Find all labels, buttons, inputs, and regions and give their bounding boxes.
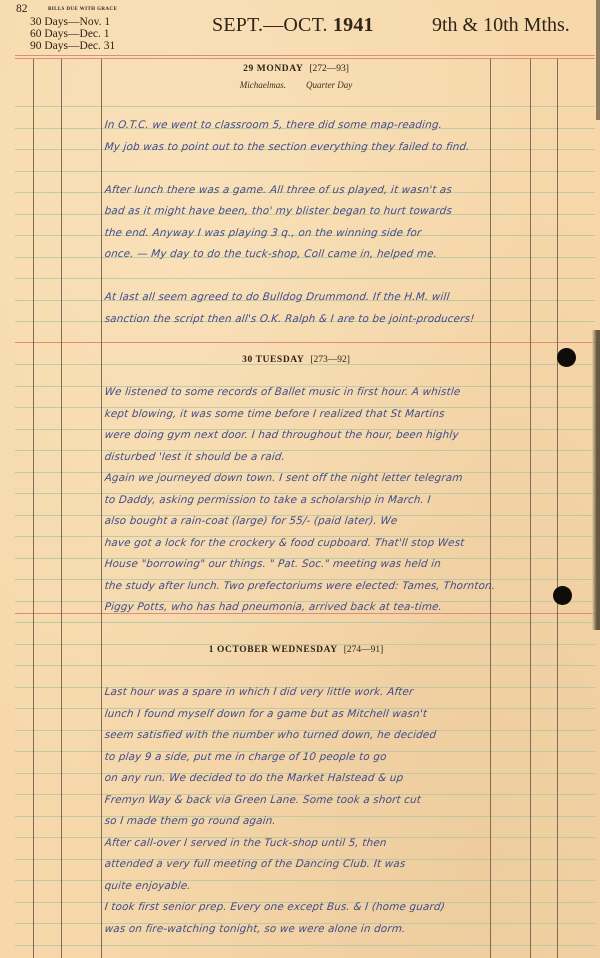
handwritten-line: kept blowing, it was some time before I … [104, 408, 497, 420]
diary-page: 82BILLS DUE WITH GRACE 30 Days—Nov. 1 60… [0, 0, 600, 958]
day-heading: 30 TUESDAY[273—92] [102, 355, 490, 365]
bills-due-90: 90 Days—Dec. 31 [16, 40, 117, 52]
handwritten-line: seem satisfied with the number who turne… [104, 729, 497, 741]
months-label: 9th & 10th Mths. [432, 14, 570, 37]
handwritten-line: Fremyn Way & back via Green Lane. Some t… [104, 794, 497, 806]
day-subtitle: Michaelmas.Quarter Day [102, 80, 490, 90]
handwritten-line: also bought a rain-coat (large) for 55/-… [104, 515, 497, 527]
ruled-line [15, 106, 595, 107]
day-heading-text: 1 OCTOBER WEDNESDAY [209, 645, 338, 655]
handwritten-line: After call-over I served in the Tuck-sho… [104, 837, 497, 849]
handwritten-line: quite enjoyable. [104, 880, 497, 892]
handwritten-line: the end. Anyway I was playing 3 q., on t… [104, 227, 497, 239]
header-rule [15, 58, 595, 59]
handwritten-line: were doing gym next door. I had througho… [104, 429, 497, 441]
handwritten-line: bad as it might have been, tho' my blist… [104, 205, 497, 217]
handwritten-line: At last all seem agreed to do Bulldog Dr… [104, 291, 497, 303]
column-rule [530, 59, 531, 958]
page-title: SEPT.—OCT. 1941 [212, 14, 374, 37]
handwritten-line: We listened to some records of Ballet mu… [104, 386, 497, 398]
handwritten-line: was on fire-watching tonight, so we were… [104, 923, 497, 935]
column-rule [557, 59, 558, 958]
handwritten-line: the study after lunch. Two prefectoriums… [104, 580, 497, 592]
subtitle-quarter-day: Quarter Day [306, 80, 352, 90]
handwritten-line: Again we journeyed down town. I sent off… [104, 472, 497, 484]
column-rule [61, 59, 62, 958]
ruled-line [15, 171, 595, 172]
ruled-line [15, 665, 595, 666]
column-rule [101, 59, 102, 958]
handwritten-line: I took first senior prep. Every one exce… [104, 901, 497, 913]
bills-due-30: 30 Days—Nov. 1 [16, 16, 117, 28]
handwritten-line: so I made them go round again. [104, 815, 497, 827]
title-year: 1941 [333, 14, 374, 36]
handwritten-line: on any run. We decided to do the Market … [104, 772, 497, 784]
subtitle-feast: Michaelmas. [240, 80, 286, 90]
day-heading-text: 30 TUESDAY [242, 355, 304, 365]
ruled-line [15, 622, 595, 623]
punch-hole [557, 348, 576, 367]
title-months: SEPT.—OCT. [212, 14, 328, 36]
handwritten-line: Piggy Potts, who has had pneumonia, arri… [104, 601, 497, 613]
column-rule [33, 59, 34, 958]
handwritten-line: once. — My day to do the tuck-shop, Coll… [104, 248, 497, 260]
day-numbers: [274—91] [344, 645, 384, 655]
day-heading-text: 29 MONDAY [243, 64, 303, 74]
day-divider-rule [15, 613, 595, 614]
handwritten-line: lunch I found myself down for a game but… [104, 708, 497, 720]
punch-hole [553, 586, 572, 605]
header-rule [15, 55, 595, 56]
handwritten-line: My job was to point out to the section e… [104, 141, 497, 153]
handwritten-line: disturbed 'lest it should be a raid. [104, 451, 497, 463]
handwritten-line: sanction the script then all's O.K. Ralp… [104, 313, 497, 325]
bills-due-60: 60 Days—Dec. 1 [16, 28, 117, 40]
bills-due-block: 82BILLS DUE WITH GRACE 30 Days—Nov. 1 60… [16, 3, 117, 52]
torn-edge [592, 330, 600, 630]
day-divider-rule [15, 342, 595, 343]
handwritten-line: In O.T.C. we went to classroom 5, there … [104, 119, 497, 131]
day-numbers: [272—93] [309, 64, 349, 74]
page-number: 82 [16, 3, 30, 15]
handwritten-line: to Daddy, asking permission to take a sc… [104, 494, 497, 506]
day-heading: 1 OCTOBER WEDNESDAY[274—91] [102, 645, 490, 655]
handwritten-line: attended a very full meeting of the Danc… [104, 858, 497, 870]
day-heading: 29 MONDAY[272—93] [102, 64, 490, 74]
day-numbers: [273—92] [310, 355, 350, 365]
handwritten-line: to play 9 a side, put me in charge of 10… [104, 751, 497, 763]
handwritten-line: House "borrowing" our things. " Pat. Soc… [104, 558, 497, 570]
ruled-line [15, 945, 595, 946]
handwritten-line: have got a lock for the crockery & food … [104, 537, 497, 549]
bills-label: BILLS DUE WITH GRACE [48, 7, 117, 12]
handwritten-line: After lunch there was a game. All three … [104, 184, 497, 196]
ruled-line [15, 278, 595, 279]
torn-edge [596, 0, 600, 120]
handwritten-line: Last hour was a spare in which I did ver… [104, 686, 497, 698]
